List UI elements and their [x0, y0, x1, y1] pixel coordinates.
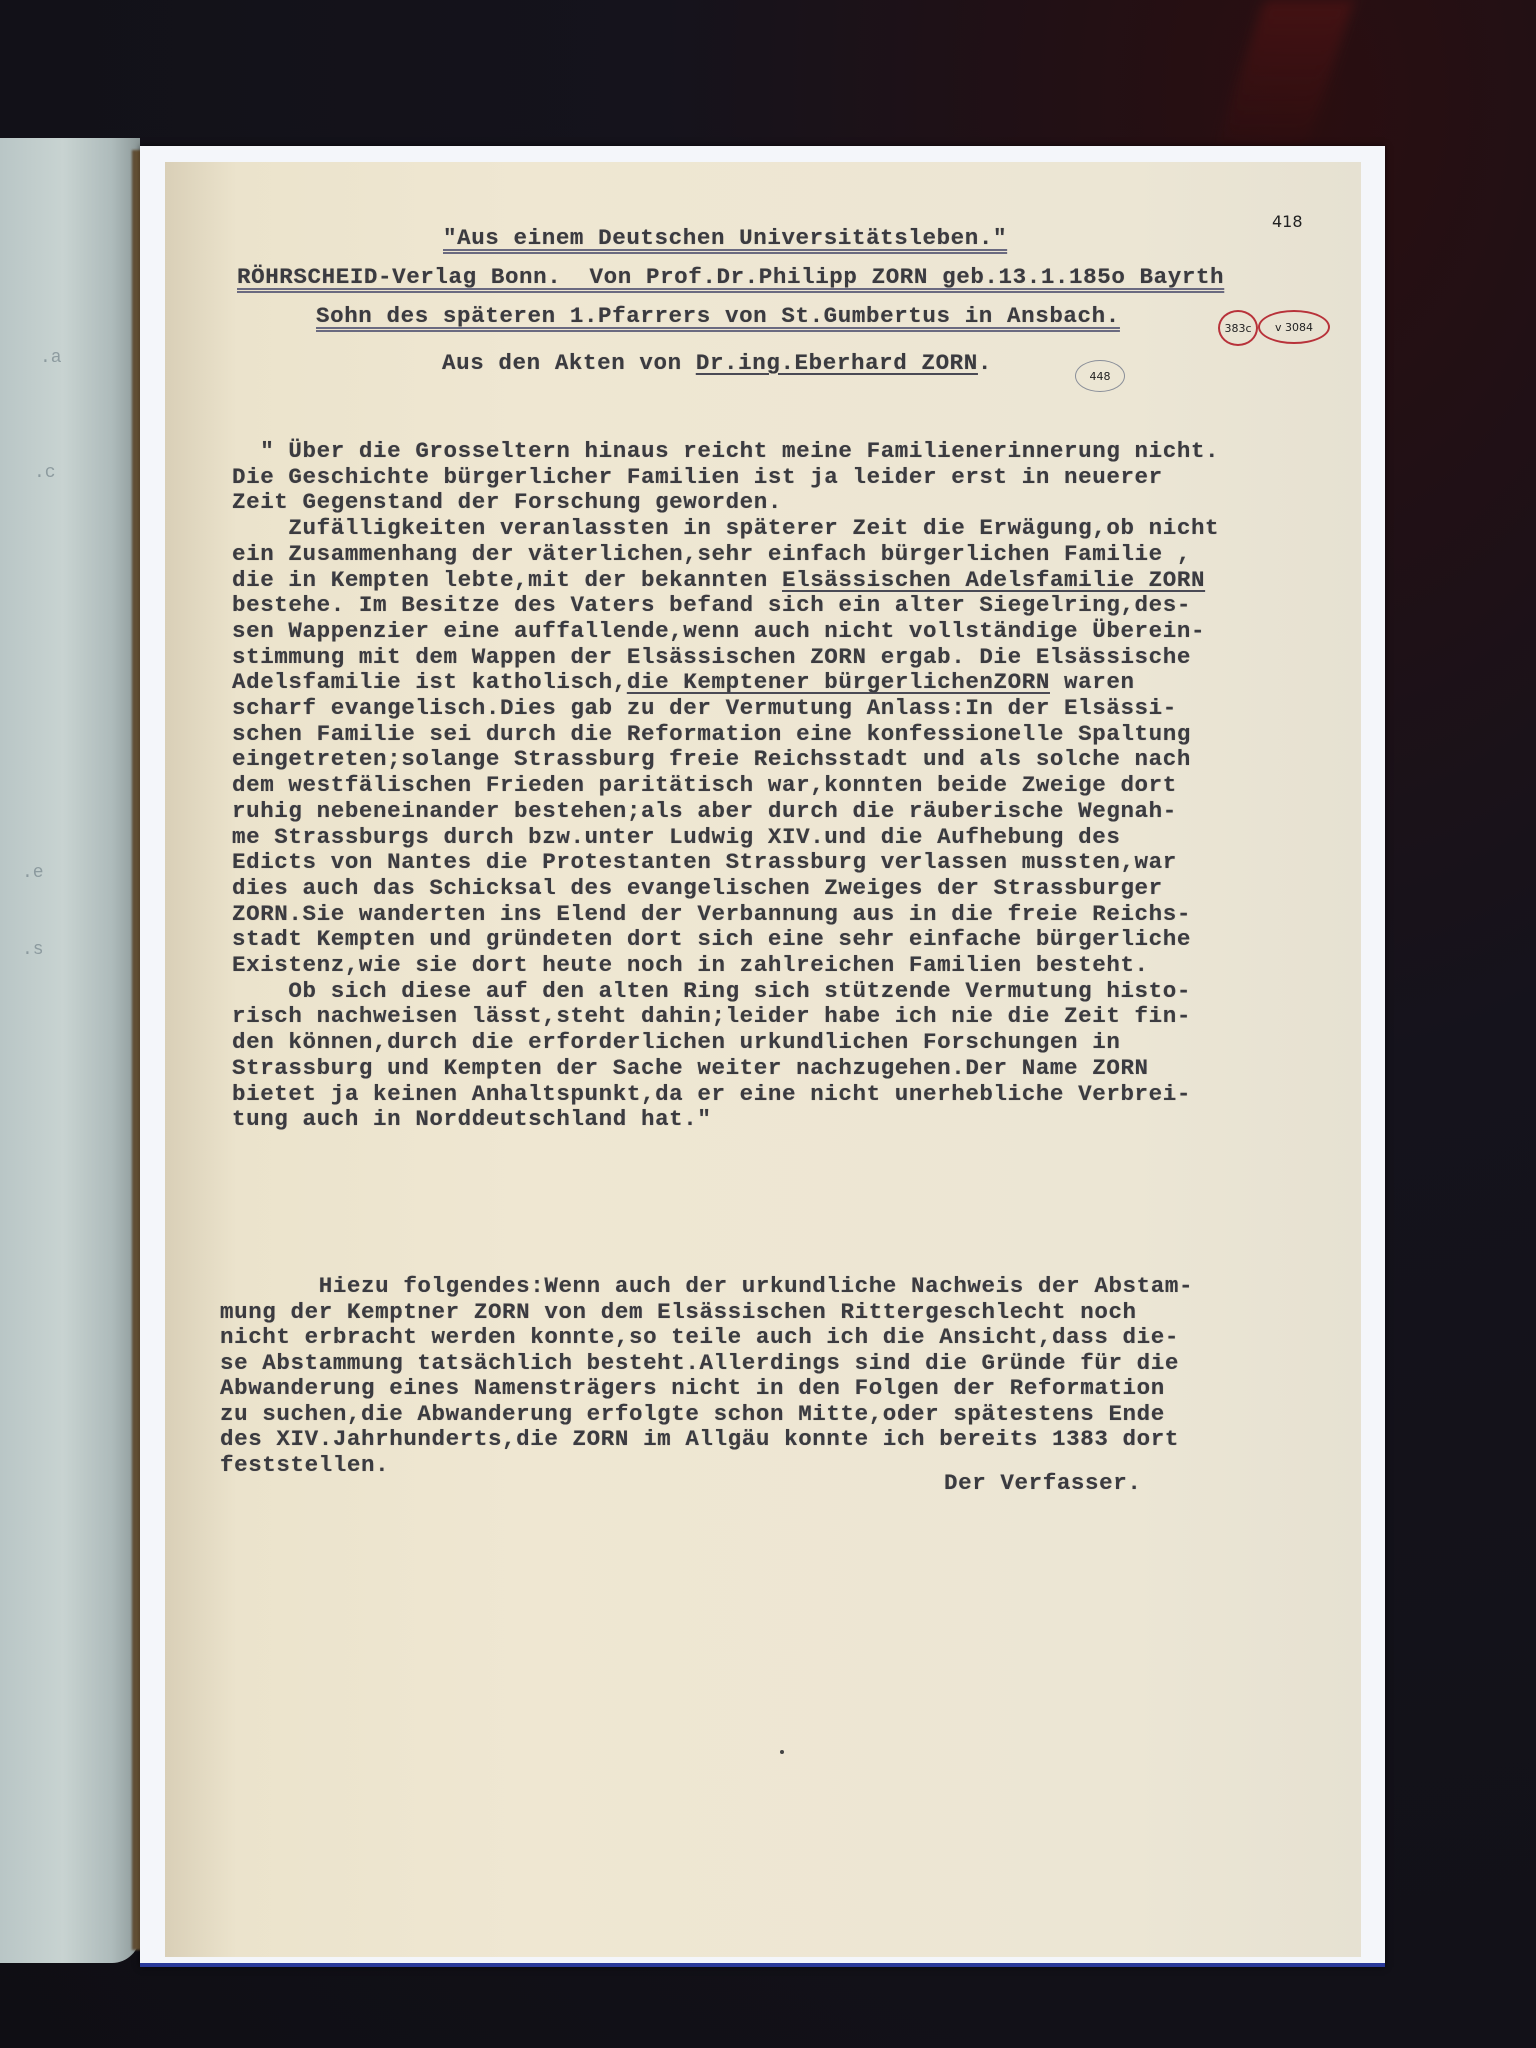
- quote-line: sen Wappenzier eine auffallende,wenn auc…: [232, 618, 1205, 644]
- quote-line: " Über die Grosseltern hinaus reicht mei…: [232, 438, 1219, 464]
- quote-line: Adelsfamilie ist katholisch,die Kemptene…: [232, 669, 1135, 695]
- quote-line: eingetreten;solange Strassburg freie Rei…: [232, 746, 1191, 772]
- quote-line: ein Zusammenhang der väterlichen,sehr ei…: [232, 541, 1191, 567]
- background-fabric-streak: [1216, 0, 1355, 150]
- quote-line: bietet ja keinen Anhaltspunkt,da er eine…: [232, 1081, 1191, 1107]
- source-line: Aus den Akten von Dr.ing.Eberhard ZORN.: [442, 350, 992, 376]
- quote-line: ZORN.Sie wanderten ins Elend der Verbann…: [232, 901, 1191, 927]
- quote-line: dem westfälischen Frieden paritätisch wa…: [232, 772, 1177, 798]
- comment-line: feststellen.: [220, 1452, 389, 1478]
- prev-page-mark: .c: [34, 463, 56, 483]
- page-number: 418: [1272, 212, 1303, 231]
- quote-line: dies auch das Schicksal des evangelische…: [232, 875, 1163, 901]
- quote-line: stimmung mit dem Wappen der Elsässischen…: [232, 644, 1191, 670]
- quote-line: scharf evangelisch.Dies gab zu der Vermu…: [232, 695, 1177, 721]
- prev-page-mark: .s: [22, 940, 44, 960]
- quote-line: me Strassburgs durch bzw.unter Ludwig XI…: [232, 824, 1120, 850]
- quote-line: ruhig nebeneinander bestehen;als aber du…: [232, 798, 1177, 824]
- previous-page-edge: .a .c .e .s: [0, 138, 140, 1963]
- comment-line: Abwanderung eines Namensträgers nicht in…: [220, 1375, 1165, 1401]
- comment-line: Hiezu folgendes:Wenn auch der urkundlich…: [220, 1273, 1193, 1299]
- comment-line: des XIV.Jahrhunderts,die ZORN im Allgäu …: [220, 1426, 1179, 1452]
- quote-line: tung auch in Norddeutschland hat.": [232, 1106, 711, 1132]
- ink-speck: [780, 1750, 784, 1754]
- quote-line: Strassburg und Kempten der Sache weiter …: [232, 1055, 1149, 1081]
- quote-line: Existenz,wie sie dort heute noch in zahl…: [232, 952, 1149, 978]
- quote-line: risch nachweisen lässt,steht dahin;leide…: [232, 1003, 1191, 1029]
- comment-line: nicht erbracht werden konnte,so teile au…: [220, 1324, 1179, 1350]
- document-title: "Aus einem Deutschen Universitätsleben.": [443, 225, 1007, 251]
- quote-line: Zeit Gegenstand der Forschung geworden.: [232, 489, 782, 515]
- source-suffix: .: [978, 350, 992, 376]
- comment-line: se Abstammung tatsächlich besteht.Allerd…: [220, 1350, 1179, 1376]
- source-prefix: Aus den Akten von: [442, 350, 696, 376]
- annotation-circle-red: 383c: [1218, 310, 1258, 346]
- source-name: Dr.ing.Eberhard ZORN: [696, 350, 978, 376]
- prev-page-mark: .e: [22, 863, 44, 883]
- quote-line: Edicts von Nantes die Protestanten Stras…: [232, 849, 1177, 875]
- comment-line: zu suchen,die Abwanderung erfolgte schon…: [220, 1401, 1165, 1427]
- quote-line: die in Kempten lebte,mit der bekannten E…: [232, 567, 1205, 593]
- annotation-circle-red: v 3084: [1258, 310, 1330, 344]
- quote-line: den können,durch die erforderlichen urku…: [232, 1029, 1120, 1055]
- quote-line: Zufälligkeiten veranlassten in späterer …: [232, 515, 1219, 541]
- quote-line: Ob sich diese auf den alten Ring sich st…: [232, 978, 1191, 1004]
- prev-page-mark: .a: [40, 348, 62, 368]
- author-line: Sohn des späteren 1.Pfarrers von St.Gumb…: [316, 303, 1120, 329]
- signature: Der Verfasser.: [944, 1470, 1141, 1496]
- quote-line: schen Familie sei durch die Reformation …: [232, 721, 1191, 747]
- quote-line: Die Geschichte bürgerlicher Familien ist…: [232, 464, 1163, 490]
- quote-line: stadt Kempten und gründeten dort sich ei…: [232, 926, 1191, 952]
- publisher-line: RÖHRSCHEID-Verlag Bonn. Von Prof.Dr.Phil…: [237, 264, 1224, 290]
- annotation-circle-gray: 448: [1075, 360, 1125, 392]
- comment-line: mung der Kemptner ZORN von dem Elsässisc…: [220, 1299, 1137, 1325]
- quote-line: bestehe. Im Besitze des Vaters befand si…: [232, 592, 1191, 618]
